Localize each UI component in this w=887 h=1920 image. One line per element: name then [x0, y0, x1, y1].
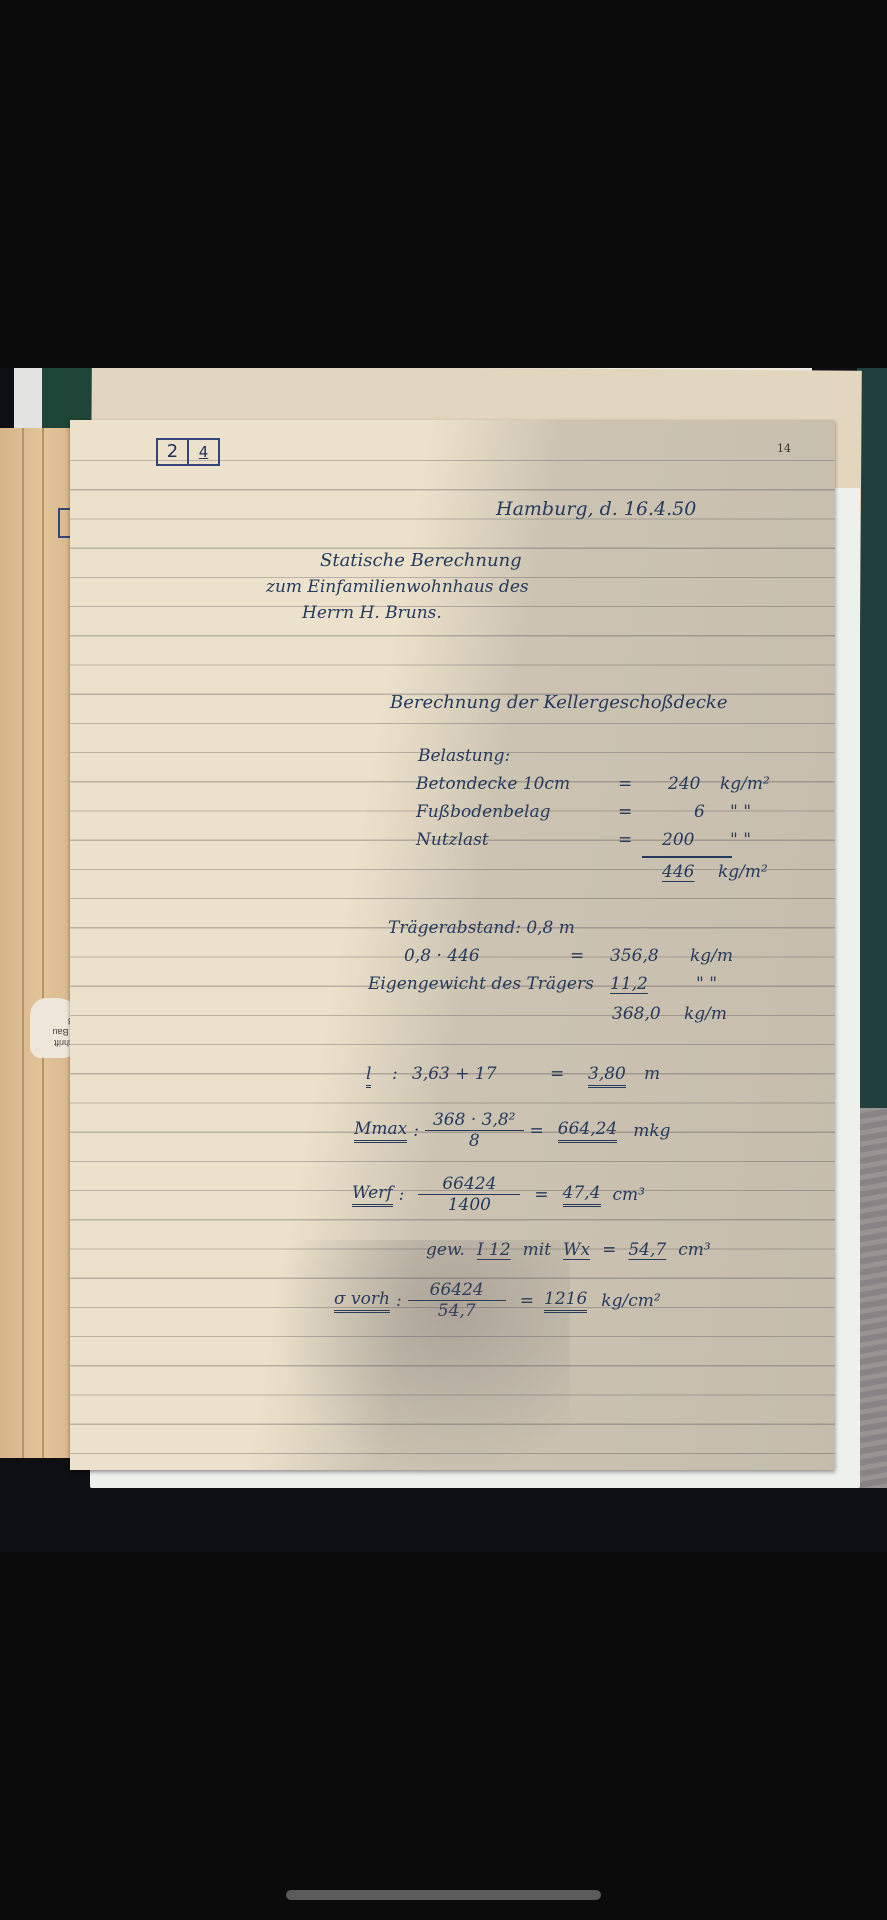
moment-fraction: 368 · 3,8² 8 [425, 1110, 524, 1151]
self-weight-value: 11,2 [610, 974, 648, 994]
span-result: 3,80 [588, 1064, 626, 1088]
home-indicator[interactable] [286, 1890, 601, 1900]
calculation-sheet: 2 4 14 Hamburg, d. 16.4.50 Statische Ber… [70, 420, 835, 1470]
span-expr: 3,63 + 17 [412, 1064, 497, 1084]
moment-denominator: 8 [461, 1131, 488, 1151]
page-stamp: 2 4 [156, 438, 220, 466]
section-modulus-denominator: 1400 [440, 1195, 499, 1215]
load-label: Fußbodenbelag [416, 802, 551, 822]
load-total: 446 [662, 862, 694, 882]
load-unit: kg/m² [720, 774, 770, 794]
section-modulus-result: 47,4 [563, 1183, 601, 1207]
stress-unit: kg/cm² [601, 1291, 660, 1311]
load-sep: = [618, 802, 632, 822]
beam-product-expr: 0,8 · 446 [404, 946, 480, 966]
beam-product-unit: kg/m [690, 946, 733, 966]
equals: = [602, 1240, 616, 1260]
load-value: 240 [668, 774, 700, 794]
load-value: 200 [662, 830, 694, 850]
section-modulus-unit: cm³ [613, 1185, 645, 1205]
load-value: 6 [694, 802, 705, 822]
loads-heading: Belastung: [418, 746, 510, 766]
section-modulus-numerator: 66424 [418, 1174, 520, 1195]
colon: : [413, 1121, 419, 1141]
title-line-3: Herrn H. Bruns. [302, 603, 442, 623]
moment-symbol: Mmax [354, 1119, 407, 1143]
self-weight-label: Eigengewicht des Trägers [368, 974, 594, 994]
moment-unit: mkg [633, 1121, 670, 1141]
load-sep: = [618, 774, 632, 794]
moment-result: 664,24 [558, 1119, 617, 1143]
background-green-binder-right [857, 368, 887, 1108]
page-number: 14 [777, 442, 791, 455]
span-symbol: l [366, 1064, 371, 1088]
folder-fold [22, 428, 24, 1458]
section-modulus-row: Werf : 66424 1400 = 47,4 cm³ [352, 1174, 645, 1215]
load-unit: " " [730, 830, 751, 850]
load-total-unit: kg/m² [718, 862, 768, 882]
title-line-2: zum Einfamilienwohnhaus des [266, 577, 529, 597]
section-modulus-symbol: Werf [352, 1183, 393, 1207]
title-line-1: Statische Berechnung [320, 550, 522, 571]
load-sep: = [618, 830, 632, 850]
document-photo[interactable]: 2 schrift in Bau 08 2 4 14 Hamburg, d. 1… [0, 368, 887, 1552]
beam-total-value: 368,0 [612, 1004, 661, 1024]
equals: = [534, 1185, 548, 1205]
load-unit: " " [730, 802, 751, 822]
photo-viewer: 2 schrift in Bau 08 2 4 14 Hamburg, d. 1… [0, 0, 887, 1920]
hand-shadow [270, 1240, 570, 1480]
colon: : [399, 1185, 405, 1205]
equals: = [530, 1121, 544, 1141]
beam-spacing: Trägerabstand: 0,8 m [388, 918, 575, 938]
span-unit: m [644, 1064, 660, 1084]
colon: : [392, 1064, 398, 1084]
folder-fold [42, 428, 44, 1458]
beam-total-unit: kg/m [684, 1004, 727, 1024]
equals: = [570, 946, 584, 966]
chosen-unit: cm³ [678, 1240, 710, 1260]
load-label: Nutzlast [416, 830, 489, 850]
equals: = [550, 1064, 564, 1084]
place-date: Hamburg, d. 16.4.50 [496, 498, 696, 520]
moment-row: Mmax : 368 · 3,8² 8 = 664,24 mkg [354, 1110, 671, 1151]
section-modulus-fraction: 66424 1400 [418, 1174, 520, 1215]
chosen-value: 54,7 [628, 1240, 666, 1260]
sum-line [642, 856, 732, 858]
moment-numerator: 368 · 3,8² [425, 1110, 524, 1131]
load-label: Betondecke 10cm [416, 774, 570, 794]
self-weight-unit: " " [696, 974, 717, 994]
section-title: Berechnung der Kellergeschoßdecke [390, 692, 727, 713]
beam-product-result: 356,8 [610, 946, 659, 966]
